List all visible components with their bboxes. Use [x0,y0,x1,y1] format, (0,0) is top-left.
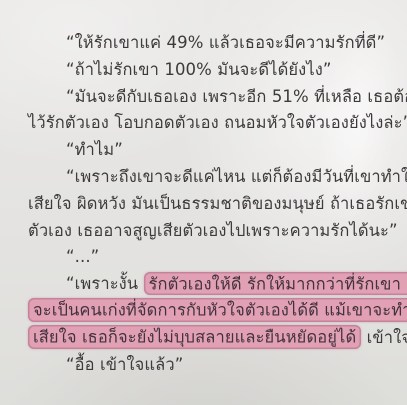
dialogue-line: เสียใจ เธอก็จะยังไม่บุบสลายและยืนหยัดอยู… [28,325,397,352]
highlighted-text-segment: รักตัวเองให้ดี รักให้มากกว่าที่รักเขา แล… [144,272,407,296]
text-segment: “เพราะงั้น [66,274,144,293]
dialogue-line: “ทำไม” [28,137,397,164]
dialogue-line: “ถ้าไม่รักเขา 100% มันจะดีได้ยังไง” [28,57,397,84]
dialogue-text-block: “ให้รักเขาแค่ 49% แล้วเธอจะมีความรักที่ด… [28,30,397,378]
text-segment: “...” [66,247,99,266]
text-segment: “ถ้าไม่รักเขา 100% มันจะดีได้ยังไง” [66,60,332,79]
dialogue-line: ไว้รักตัวเอง โอบกอดตัวเอง ถนอมหัวใจตัวเอ… [28,110,397,137]
dialogue-line: “ให้รักเขาแค่ 49% แล้วเธอจะมีความรักที่ด… [28,30,397,57]
text-segment: ตัวเอง เธออาจสูญเสียตัวเองไปเพราะความรัก… [28,221,398,240]
text-segment: “เพราะถึงเขาจะดีแค่ไหน แต่ก็ต้องมีวันที่… [66,167,407,186]
highlighted-text-segment: จะเป็นคนเก่งที่จัดการกับหัวใจตัวเองได้ดี… [28,298,407,322]
text-segment: “ทำไม” [66,140,123,159]
book-page: “ให้รักเขาแค่ 49% แล้วเธอจะมีความรักที่ด… [0,0,407,405]
dialogue-line: “อื้อ เข้าใจแล้ว” [28,352,397,379]
text-segment: เข้าใจไหม” [361,328,407,347]
dialogue-line: “...” [28,244,397,271]
highlighted-text-segment: เสียใจ เธอก็จะยังไม่บุบสลายและยืนหยัดอยู… [28,325,361,349]
text-segment: ไว้รักตัวเอง โอบกอดตัวเอง ถนอมหัวใจตัวเอ… [28,113,407,132]
text-segment: “มันจะดีกับเธอเอง เพราะอีก 51% ที่เหลือ … [66,87,407,106]
dialogue-line: “เพราะถึงเขาจะดีแค่ไหน แต่ก็ต้องมีวันที่… [28,164,397,191]
text-segment: เสียใจ ผิดหวัง มันเป็นธรรมชาติของมนุษย์ … [28,194,407,213]
dialogue-line: ตัวเอง เธออาจสูญเสียตัวเองไปเพราะความรัก… [28,218,397,245]
dialogue-line: จะเป็นคนเก่งที่จัดการกับหัวใจตัวเองได้ดี… [28,298,397,325]
dialogue-line: “มันจะดีกับเธอเอง เพราะอีก 51% ที่เหลือ … [28,84,397,111]
dialogue-line: “เพราะงั้น รักตัวเองให้ดี รักให้มากกว่าท… [28,271,397,298]
text-segment: “ให้รักเขาแค่ 49% แล้วเธอจะมีความรักที่ด… [66,33,385,52]
text-segment: “อื้อ เข้าใจแล้ว” [66,355,183,374]
dialogue-line: เสียใจ ผิดหวัง มันเป็นธรรมชาติของมนุษย์ … [28,191,397,218]
